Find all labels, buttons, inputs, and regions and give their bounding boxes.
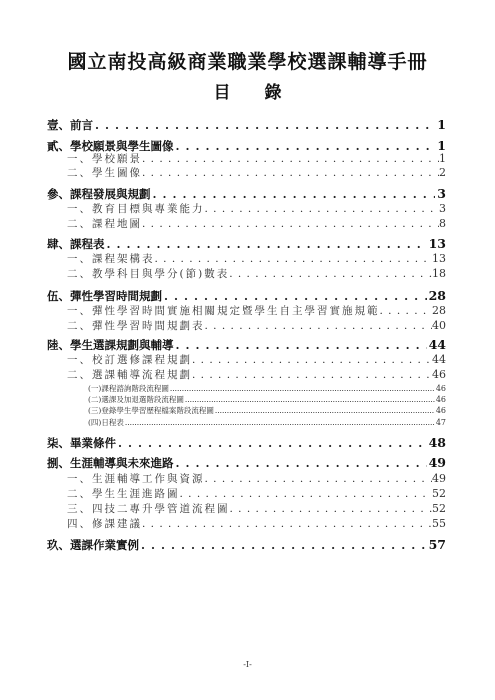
- toc-entry-level-1[interactable]: 伍、彈性學習時間規劃28: [47, 288, 446, 304]
- toc-entry-label: 陸、學生選課規劃與輔導: [47, 337, 174, 353]
- dot-leader: [141, 537, 427, 553]
- toc-entry-level-2[interactable]: 一、課程架構表13: [67, 251, 446, 267]
- toc-entry-label: 捌、生涯輔導與未來進路: [47, 455, 174, 471]
- toc-entry-level-3[interactable]: (一)課程諮詢階段流程圖46: [88, 383, 446, 394]
- toc-entry-page-number: 8: [439, 216, 446, 231]
- toc-entry-level-1[interactable]: 肆、課程表13: [47, 236, 446, 252]
- toc-entry-label: 一、彈性學習時間實施相關規定暨學生自主學習實施規範: [67, 304, 380, 319]
- dot-leader: [192, 368, 432, 383]
- toc-entry-page-number: 13: [429, 236, 446, 252]
- toc-entry-label: 一、課程架構表: [67, 252, 155, 267]
- toc-entry-level-1[interactable]: 陸、學生選課規劃與輔導44: [47, 337, 446, 353]
- dot-leader: [192, 353, 432, 368]
- toc-entry-label: 壹、前言: [47, 117, 93, 133]
- toc-entry-page-number: 57: [429, 537, 446, 553]
- toc-entry-label: 二、彈性學習時間規劃表: [67, 319, 205, 334]
- toc-entry-level-1[interactable]: 柒、畢業條件48: [47, 435, 446, 451]
- toc-entry-level-1[interactable]: 捌、生涯輔導與未來進路49: [47, 455, 446, 471]
- toc-entry-page-number: 44: [429, 337, 446, 353]
- toc-entry-level-3[interactable]: (四)日程表47: [88, 417, 446, 428]
- dot-leader: [107, 236, 427, 252]
- toc-entry-level-2[interactable]: 二、教學科目與學分(節)數表18: [67, 266, 446, 282]
- dot-leader: [153, 186, 436, 202]
- dot-leader: [142, 517, 432, 532]
- toc-entry-label: 一、生涯輔導工作與資源: [67, 472, 205, 487]
- dot-leader: [230, 502, 433, 517]
- toc-entry-level-2[interactable]: 二、課程地圖8: [67, 216, 446, 232]
- toc-entry-level-2[interactable]: 一、教育目標與專業能力3: [67, 201, 446, 217]
- toc-entry-label: 玖、選課作業實例: [47, 537, 139, 553]
- toc-entry-label: 二、課程地圖: [67, 217, 142, 232]
- toc-entry-level-2[interactable]: 二、學生生涯進路圖52: [67, 486, 446, 502]
- dot-leader: [229, 267, 432, 282]
- toc-entry-label: 一、校訂選修課程規劃: [67, 353, 192, 368]
- toc-entry-level-1[interactable]: 壹、前言1: [47, 117, 446, 133]
- toc-entry-label: 伍、彈性學習時間規劃: [47, 288, 162, 304]
- dot-leader: [155, 252, 433, 267]
- toc-entry-label: 一、教育目標與專業能力: [67, 202, 205, 217]
- dot-leader: [205, 202, 440, 217]
- toc-entry-level-3[interactable]: (二)選課及加退選階段流程圖46: [88, 394, 446, 405]
- dot-leader: [215, 405, 435, 416]
- toc-entry-page-number: 46: [432, 367, 446, 382]
- toc-entry-label: (四)日程表: [88, 417, 124, 428]
- toc-entry-page-number: 49: [429, 455, 446, 471]
- toc-entry-label: 二、學生生涯進路圖: [67, 487, 180, 502]
- dot-leader: [125, 417, 435, 428]
- dot-leader: [164, 288, 427, 304]
- toc-entry-level-2[interactable]: 一、彈性學習時間實施相關規定暨學生自主學習實施規範28: [67, 303, 446, 319]
- toc-entry-page-number: 44: [432, 352, 446, 367]
- toc-entry-page-number: 28: [429, 288, 446, 304]
- toc-entry-page-number: 40: [432, 318, 446, 333]
- toc-entry-page-number: 1: [437, 117, 446, 133]
- toc-entry-label: 參、課程發展與規劃: [47, 186, 151, 202]
- toc-entry-label: (一)課程諮詢階段流程圖: [88, 383, 169, 394]
- dot-leader: [170, 383, 435, 394]
- dot-leader: [118, 435, 427, 451]
- dot-leader: [142, 166, 439, 181]
- toc-entry-level-2[interactable]: 四、修課建議55: [67, 516, 446, 532]
- dot-leader: [185, 394, 435, 405]
- dot-leader: [205, 319, 433, 334]
- dot-leader: [205, 472, 433, 487]
- dot-leader: [142, 217, 439, 232]
- toc-entry-page-number: 46: [436, 394, 446, 405]
- toc-entry-label: 三、四技二專升學管道流程圖: [67, 502, 230, 517]
- toc-entry-label: 四、修課建議: [67, 517, 142, 532]
- toc-entry-level-1[interactable]: 玖、選課作業實例57: [47, 537, 446, 553]
- toc-entry-label: 二、學生圖像: [67, 166, 142, 181]
- toc-entry-label: 肆、課程表: [47, 236, 105, 252]
- toc-entry-page-number: 18: [432, 266, 446, 281]
- toc-entry-label: (三)登錄學生學習歷程檔案階段流程圖: [88, 405, 214, 416]
- toc-entry-page-number: 28: [432, 303, 446, 318]
- toc-entry-page-number: 52: [432, 501, 446, 516]
- toc-entry-level-2[interactable]: 二、學生圖像2: [67, 165, 446, 181]
- toc-entry-page-number: 2: [439, 165, 446, 180]
- toc-entry-page-number: 52: [432, 486, 446, 501]
- toc-entry-level-2[interactable]: 二、選課輔導流程規劃46: [67, 367, 446, 383]
- toc-entry-page-number: 49: [432, 471, 446, 486]
- toc-entry-level-2[interactable]: 一、生涯輔導工作與資源49: [67, 471, 446, 487]
- toc-entry-page-number: 1: [439, 151, 446, 166]
- toc-entry-label: 二、教學科目與學分(節)數表: [67, 267, 229, 282]
- toc-entry-page-number: 46: [436, 383, 446, 394]
- toc-entry-page-number: 46: [436, 405, 446, 416]
- toc-entry-level-1[interactable]: 參、課程發展與規劃3: [47, 186, 446, 202]
- toc-entry-label: 柒、畢業條件: [47, 435, 116, 451]
- dot-leader: [95, 117, 435, 133]
- toc-entry-level-3[interactable]: (三)登錄學生學習歷程檔案階段流程圖46: [88, 405, 446, 416]
- toc-entry-label: (二)選課及加退選階段流程圖: [88, 394, 184, 405]
- toc-entry-page-number: 55: [432, 516, 446, 531]
- toc-entry-label: 二、選課輔導流程規劃: [67, 368, 192, 383]
- toc-entry-page-number: 48: [429, 435, 446, 451]
- toc-entry-page-number: 3: [437, 186, 446, 202]
- toc-entry-page-number: 13: [432, 251, 446, 266]
- dot-leader: [176, 455, 427, 471]
- dot-leader: [180, 487, 433, 502]
- toc-entry-page-number: 47: [436, 417, 446, 428]
- toc-entry-page-number: 3: [439, 201, 446, 216]
- toc-entry-level-2[interactable]: 三、四技二專升學管道流程圖52: [67, 501, 446, 517]
- table-of-contents: 壹、前言1貳、學校願景與學生圖像1一、學校願景1二、學生圖像2參、課程發展與規劃…: [0, 0, 495, 600]
- dot-leader: [380, 304, 433, 319]
- toc-entry-level-2[interactable]: 二、彈性學習時間規劃表40: [67, 318, 446, 334]
- page-number-footer: -I-: [0, 660, 495, 669]
- toc-entry-level-2[interactable]: 一、校訂選修課程規劃44: [67, 352, 446, 368]
- dot-leader: [176, 337, 427, 353]
